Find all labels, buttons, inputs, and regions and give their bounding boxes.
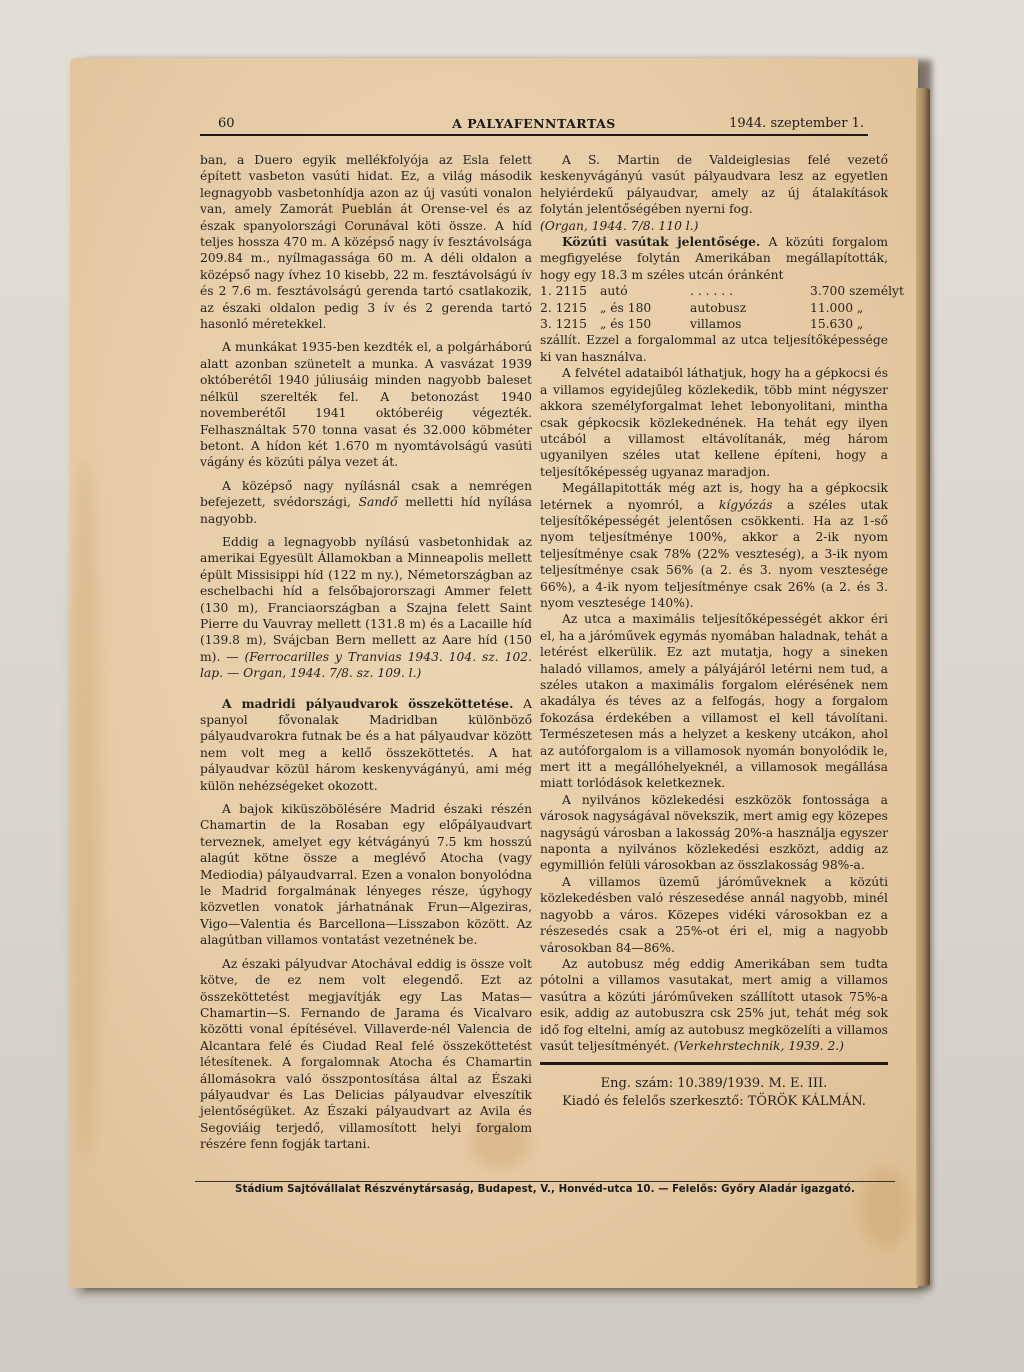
table-cell-extra: villamos <box>690 316 810 332</box>
credits: Eng. szám: 10.389/1939. M. E. III. Kiadó… <box>540 1075 888 1111</box>
paragraph: Az északi pályudvar Atochával eddig is ö… <box>200 956 532 1153</box>
paragraph: Megállapitották még azt is, hogy ha a gé… <box>540 480 888 611</box>
section-title: A madridi pályaudvarok összeköttetése. <box>222 696 513 711</box>
table-cell-num: 1. 2115 <box>540 283 600 299</box>
section-divider <box>540 1062 888 1065</box>
table-cell-persons: 15.630 „ <box>810 316 904 332</box>
paragraph: Az autobusz még eddig Amerikában sem tud… <box>540 956 888 1054</box>
citation: (Organ, 1944. 7/8. 110 l.) <box>540 219 698 233</box>
table-cell-vehicle: autó <box>600 283 690 299</box>
right-column: A S. Martin de Valdeiglesias felé vezető… <box>540 152 888 1111</box>
table-cell-num: 2. 1215 <box>540 300 600 316</box>
table-cell-extra: autobusz <box>690 300 810 316</box>
section-title: Közúti vasútak jelentősége. <box>562 234 760 249</box>
table-cell-vehicle: „ és 150 <box>600 316 690 332</box>
paragraph: A nyilvános közlekedési eszközök fontoss… <box>540 792 888 874</box>
citation: (Ferrocarilles y Tranvias 1943. 104. sz.… <box>200 650 532 680</box>
paragraph: A S. Martin de Valdeiglesias felé vezető… <box>540 152 888 234</box>
paragraph: A középső nagy nyílásnál csak a nemrégen… <box>200 478 532 527</box>
table-cell-persons: 3.700 személyt <box>810 283 904 299</box>
table-cell-num: 3. 1215 <box>540 316 600 332</box>
page-header: 60 A PALYAFENNTARTAS 1944. szeptember 1. <box>200 116 868 136</box>
paragraph: A madridi pályaudvarok összeköttetése. A… <box>200 696 532 794</box>
imprint-footer: Stádium Sajtóvállalat Részvénytársaság, … <box>195 1184 895 1195</box>
traffic-table: 1. 2115autó. . . . . .3.700 személyt2. 1… <box>540 283 888 332</box>
paragraph: Közúti vasútak jelentősége. A közúti for… <box>540 234 888 283</box>
left-column: ban, a Duero egyik mellékfolyója az Esla… <box>200 152 532 1153</box>
paragraph: A bajok kiküszöbölésére Madrid északi ré… <box>200 801 532 949</box>
editor-line: Kiadó és felelős szerkesztő: TÖRÖK KÁLMÁ… <box>540 1093 888 1111</box>
paragraph: szállít. Ezzel a forgalommal az utca tel… <box>540 332 888 365</box>
paragraph: ban, a Duero egyik mellékfolyója az Esla… <box>200 152 532 332</box>
paper-stain <box>70 458 100 1158</box>
paragraph: A munkákat 1935-ben kezdték el, a polgár… <box>200 339 532 470</box>
paragraph: A villamos üzemű járóműveknek a közúti k… <box>540 874 888 956</box>
table-cell-vehicle: „ és 180 <box>600 300 690 316</box>
citation: (Verkehrstechnik, 1939. 2.) <box>674 1039 844 1053</box>
paragraph: Eddig a legnagyobb nyílású vasbetonhidak… <box>200 534 532 682</box>
header-rule <box>200 134 868 136</box>
paper-stain <box>860 1168 910 1248</box>
paragraph: A felvétel adataiból láthatjuk, hogy ha … <box>540 365 888 480</box>
footer-rule <box>195 1181 895 1182</box>
issue-date: 1944. szeptember 1. <box>729 116 864 131</box>
permit-number: Eng. szám: 10.389/1939. M. E. III. <box>540 1075 888 1093</box>
table-cell-extra: . . . . . . <box>690 283 810 299</box>
table-cell-persons: 11.000 „ <box>810 300 904 316</box>
paragraph: Az utca a maximális teljesítőképességét … <box>540 611 888 791</box>
